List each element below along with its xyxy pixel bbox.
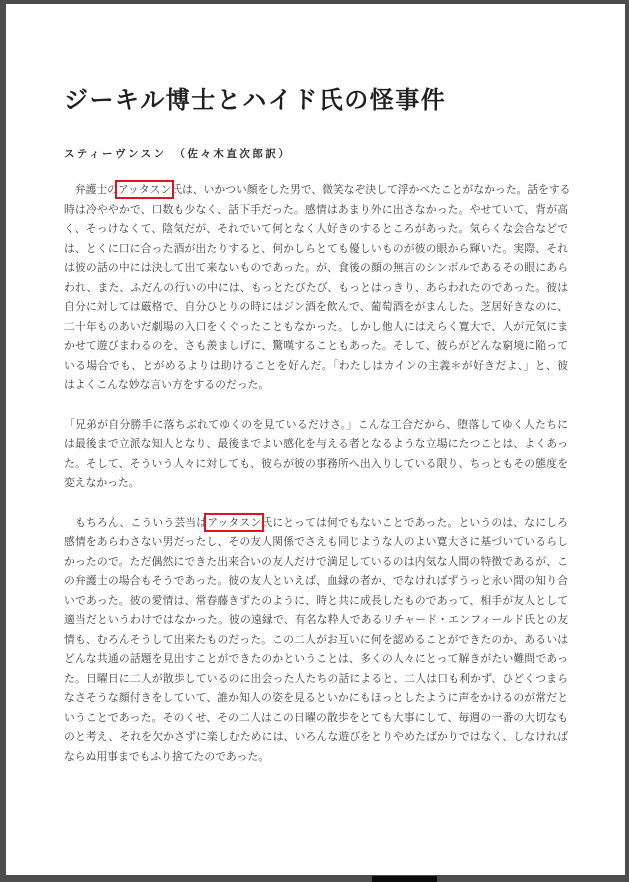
text-line: いる場合でも、とがめるよりは助けることを好んだ。「わたしはカインの主義＊が好きだ… [64, 356, 568, 376]
text-segment: く、そっけなくて、陰気だが、それでいて何となく人好きのするところがあった。気らく… [64, 222, 568, 235]
text-line: 情も、むろんそうして出来たものだった。この二人がお互いに何を認めることができたの… [64, 630, 568, 650]
text-segment: 自分に対しては厳格で、自分ひとりの時にはジン酒を飲んで、葡萄酒をがまんした。芝居… [64, 300, 568, 313]
text-segment: いうことであった。そのくせ、その二人はこの日曜の散歩をとても大事にして、毎週の一… [64, 711, 568, 724]
text-line: 二十年ものあいだ劇場の入口をくぐったこともなかった。しかし他人にはえらく寛大で、… [64, 317, 568, 337]
text-segment: 情も、むろんそうして出来たものだった。この二人がお互いに何を認めることができたの… [64, 633, 568, 646]
text-segment: 氏は、いかつい顔をした男で、微笑なぞ決して浮かべたことがなかった。話をする [171, 183, 570, 196]
text-segment: 二十年ものあいだ劇場の入口をくぐったこともなかった。しかし他人にはえらく寛大で、… [64, 320, 568, 333]
text-segment: かったので。ただ偶然にできた出来合いの友人だけで満足しているのは内気な人間の特徴… [64, 555, 568, 568]
text-segment: どんな共通の話題を見出すことができたのかということは、多くの人々にとって解きがた… [64, 652, 568, 665]
text-line: なさそうな顔付きをしていて、誰か知人の姿を見るといかにもほっとしたように声をかけ… [64, 688, 568, 708]
text-line: はよくこんな妙な言い方をするのだった。 [64, 375, 568, 395]
text-line: た。日曜日に二人が散歩しているのに出会った人たちの話によると、二人は口も利かず、… [64, 669, 568, 689]
text-line: は、とくに口に合った酒が出たりすると、何かしらとても優しいものが彼の眼から輝いた… [64, 239, 568, 259]
search-highlight-box: アッタスン [207, 516, 261, 529]
text-line: のと考え、それを欠かさずに楽しむためには、いろんな遊びをとりやめたばかりではなく… [64, 727, 568, 747]
text-segment: いる場合でも、とがめるよりは助けることを好んだ。「わたしはカインの主義＊が好きだ… [64, 359, 568, 372]
text-segment: 氏にとっては何でもないことであった。というのは、なにしろ [261, 516, 568, 529]
text-segment: いであった。彼の愛情は、常春藤きずたのように、時と共に成長したものであって、相手… [64, 594, 568, 607]
text-segment: は彼の話の中には決して出て来ないものであった。が、食後の顔の無言のシンボルである… [64, 261, 568, 274]
text-segment: のと考え、それを欠かさずに楽しむためには、いろんな遊びをとりやめたばかりではなく… [64, 730, 568, 743]
text-line: は彼の話の中には決して出て来ないものであった。が、食後の顔の無言のシンボルである… [64, 258, 568, 278]
text-line: 弁護士のアッタスン氏は、いかつい顔をした男で、微笑なぞ決して浮かべたことがなかっ… [64, 180, 568, 200]
text-segment: 時は冷ややかで、口数も少なく、話下手だった。感情はあまり外に出さなかった。やせて… [64, 203, 568, 216]
text-line: かせて遊びまわるのを、さも羨ましげに、驚嘆することもあった。そして、彼らがどんな… [64, 336, 568, 356]
text-segment: の弁護士の場合もそうであった。彼の友人といえば、血縁の者か、でなければずうっと永… [64, 574, 568, 587]
text-line: もちろん、こういう芸当はアッタスン氏にとっては何でもないことであった。というのは… [64, 513, 568, 533]
text-segment: は、とくに口に合った酒が出たりすると、何かしらとても優しいものが彼の眼から輝いた… [64, 242, 568, 255]
text-line: ならぬ用事までもふり捨てたのであった。 [64, 747, 568, 767]
document-body: 弁護士のアッタスン氏は、いかつい顔をした男で、微笑なぞ決して浮かべたことがなかっ… [64, 180, 568, 766]
text-line: われ、また、ふだんの行いの中には、もっとたびたび、もっとはっきり、あらわれたので… [64, 278, 568, 298]
text-line: 感情をあらわさない男だったし、その友人関係でさえも同じような人のよい寛大さに基づ… [64, 532, 568, 552]
horizontal-scrollbar-thumb[interactable] [372, 876, 437, 882]
paragraph: 「兄弟が自分勝手に落ちぶれてゆくのを見ているだけさ。」こんな工合だから、堕落して… [64, 415, 568, 493]
document-page: ジーキル博士とハイド氏の怪事件 スティーヴンスン （佐々木直次郎訳） 弁護士のア… [6, 4, 625, 875]
text-line: いであった。彼の愛情は、常春藤きずたのように、時と共に成長したものであって、相手… [64, 591, 568, 611]
text-segment: はよくこんな妙な言い方をするのだった。 [64, 378, 269, 391]
text-line: 変えなかった。 [64, 473, 568, 493]
document-content: ジーキル博士とハイド氏の怪事件 スティーヴンスン （佐々木直次郎訳） 弁護士のア… [6, 84, 625, 766]
text-line: の弁護士の場合もそうであった。彼の友人といえば、血縁の者か、でなければずうっと永… [64, 571, 568, 591]
text-segment: 適当だというわけではなかった。彼の遠縁で、有名な粋人であるリチャード・エンフィー… [64, 613, 568, 626]
text-line: 時は冷ややかで、口数も少なく、話下手だった。感情はあまり外に出さなかった。やせて… [64, 200, 568, 220]
text-segment: 弁護士の [64, 183, 118, 196]
search-highlight-box: アッタスン [118, 183, 171, 196]
document-title: ジーキル博士とハイド氏の怪事件 [64, 84, 568, 116]
text-segment: われ、また、ふだんの行いの中には、もっとたびたび、もっとはっきり、あらわれたので… [64, 281, 568, 294]
author-byline: スティーヴンスン （佐々木直次郎訳） [64, 147, 568, 162]
text-segment: は最後まで立派な知人となり、最後までよい感化を与える者となるような立場にたつこと… [64, 437, 568, 450]
text-segment: 「兄弟が自分勝手に落ちぶれてゆくのを見ているだけさ。」こんな工合だから、堕落して… [64, 418, 568, 431]
text-segment: 変えなかった。 [64, 476, 140, 489]
paragraph: 弁護士のアッタスン氏は、いかつい顔をした男で、微笑なぞ決して浮かべたことがなかっ… [64, 180, 568, 395]
text-line: た。そして、そういう人々に対しても、彼らが彼の事務所へ出入りしている限り、ちっと… [64, 454, 568, 474]
text-segment: かせて遊びまわるのを、さも羨ましげに、驚嘆することもあった。そして、彼らがどんな… [64, 339, 568, 352]
page-frame: ジーキル博士とハイド氏の怪事件 スティーヴンスン （佐々木直次郎訳） 弁護士のア… [0, 0, 629, 882]
text-line: 自分に対しては厳格で、自分ひとりの時にはジン酒を飲んで、葡萄酒をがまんした。芝居… [64, 297, 568, 317]
text-segment: た。そして、そういう人々に対しても、彼らが彼の事務所へ出入りしている限り、ちっと… [64, 457, 568, 470]
text-line: いうことであった。そのくせ、その二人はこの日曜の散歩をとても大事にして、毎週の一… [64, 708, 568, 728]
text-segment: ならぬ用事までもふり捨てたのであった。 [64, 750, 269, 763]
text-line: は最後まで立派な知人となり、最後までよい感化を与える者となるような立場にたつこと… [64, 434, 568, 454]
text-segment: もちろん、こういう芸当は [64, 516, 207, 529]
paragraph: もちろん、こういう芸当はアッタスン氏にとっては何でもないことであった。というのは… [64, 513, 568, 767]
text-line: 「兄弟が自分勝手に落ちぶれてゆくのを見ているだけさ。」こんな工合だから、堕落して… [64, 415, 568, 435]
text-line: かったので。ただ偶然にできた出来合いの友人だけで満足しているのは内気な人間の特徴… [64, 552, 568, 572]
text-segment: 感情をあらわさない男だったし、その友人関係でさえも同じような人のよい寛大さに基づ… [64, 535, 568, 548]
text-segment: なさそうな顔付きをしていて、誰か知人の姿を見るといかにもほっとしたように声をかけ… [64, 691, 568, 704]
text-line: く、そっけなくて、陰気だが、それでいて何となく人好きのするところがあった。気らく… [64, 219, 568, 239]
text-line: 適当だというわけではなかった。彼の遠縁で、有名な粋人であるリチャード・エンフィー… [64, 610, 568, 630]
text-line: どんな共通の話題を見出すことができたのかということは、多くの人々にとって解きがた… [64, 649, 568, 669]
text-segment: た。日曜日に二人が散歩しているのに出会った人たちの話によると、二人は口も利かず、… [64, 672, 568, 685]
